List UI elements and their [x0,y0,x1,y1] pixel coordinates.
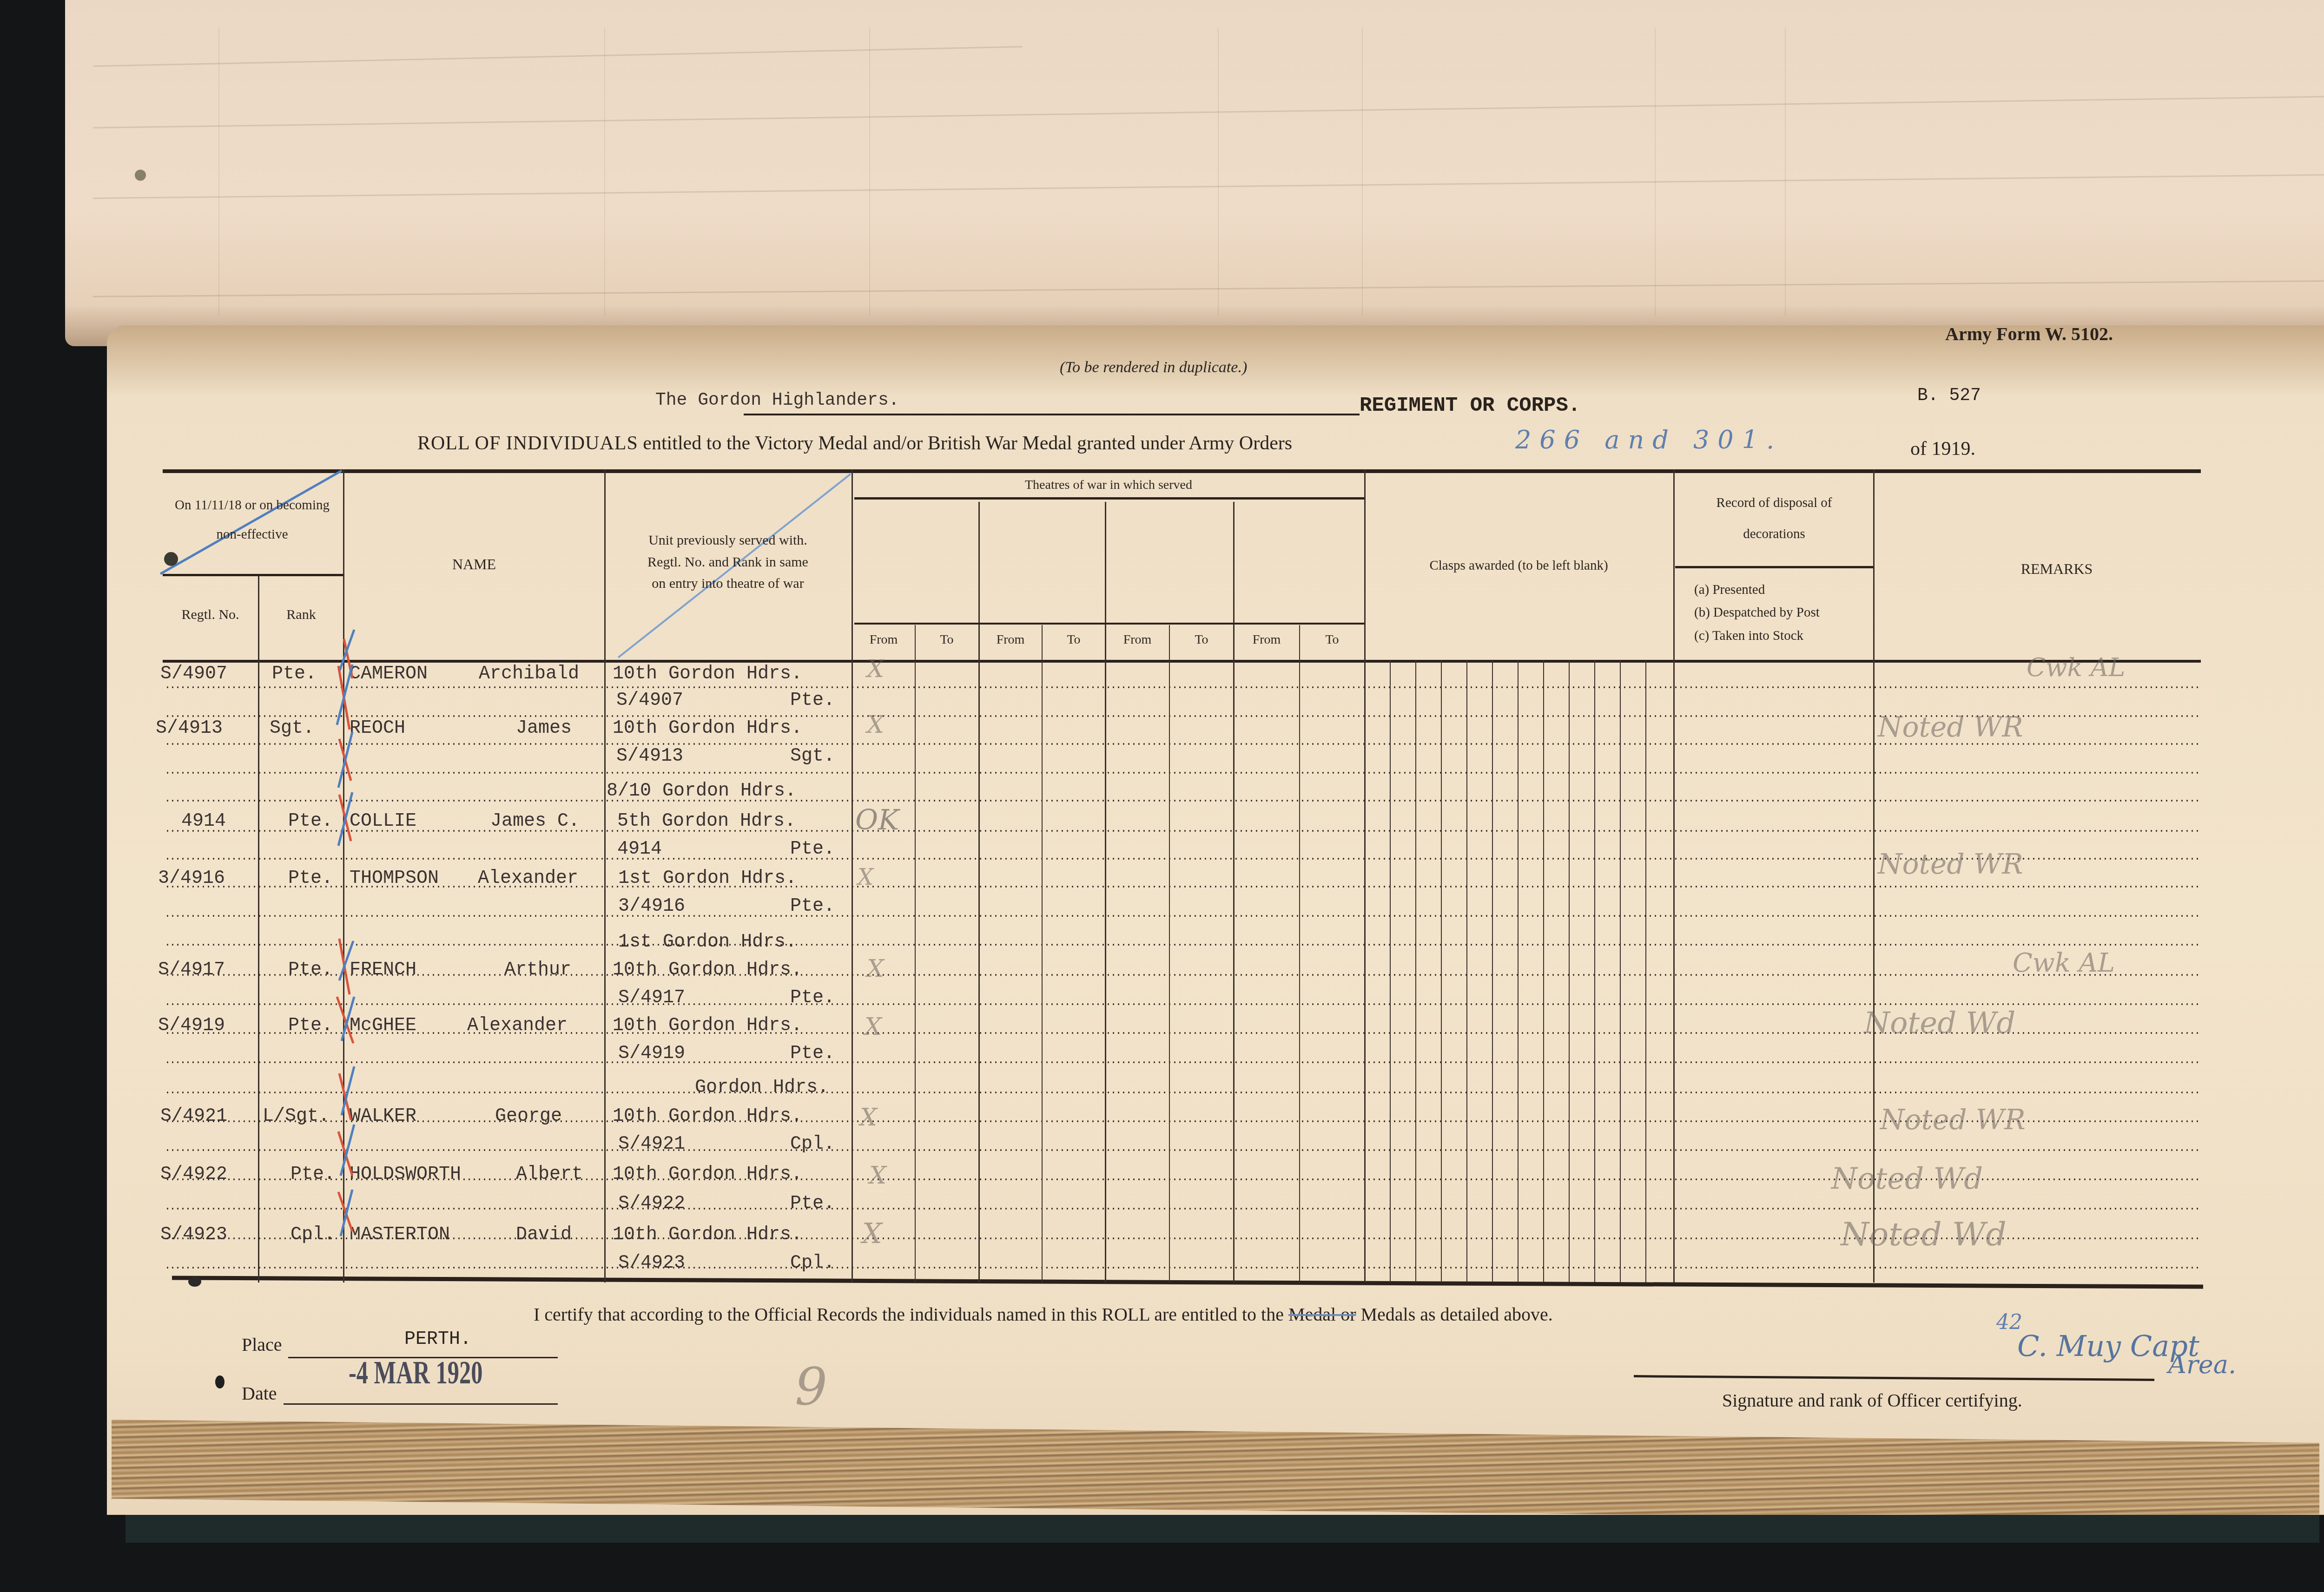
remark: Cwk AL [2013,948,2115,978]
dotted-rule [165,1266,2201,1269]
unit-previous: Gordon Hdrs. [695,1077,829,1098]
remark: Noted Wd [1864,1006,2015,1040]
dotted-rule [165,686,2201,689]
dotted-rule [165,914,2201,917]
remark: Cwk AL [2027,653,2125,682]
binding-hole [188,1276,201,1287]
binding-hole [135,170,146,181]
regtl-no: S/4923 [160,1224,227,1245]
unit-rank: Sgt. [790,746,835,767]
army-orders-handwritten: 266 and 301. [1515,425,1783,454]
binding-hole [164,552,178,566]
regtl-no: S/4919 [158,1015,225,1036]
dotted-rule [165,885,2201,888]
unit: 5th Gordon Hdrs. [617,811,796,832]
unit-no: S/4922 [618,1193,685,1214]
unit-rank: Pte. [790,1193,835,1214]
theatre-mark: X [860,1104,877,1132]
header-theatre-to-2: To [1043,630,1105,650]
unit-rank: Pte. [790,987,835,1008]
forename: Archibald [479,664,579,684]
unit-rank: Pte. [790,896,835,917]
binding-hole [215,1375,224,1388]
remark: Noted WR [1878,711,2023,743]
regiment-label: REGIMENT OR CORPS. [1360,394,1580,417]
forename: James [516,718,572,739]
theatre-mark: X [867,655,884,683]
unit: 10th Gordon Hdrs. [613,1224,802,1245]
header-theatre-from-2: From [979,630,1042,650]
unit-no: S/4923 [618,1253,685,1274]
remark: Noted Wd [1841,1215,2007,1253]
unit-no: S/4921 [618,1134,685,1155]
roll-reference: B. 527 [1917,386,1981,406]
signature-label: Signature and rank of Officer certifying… [1722,1389,2022,1411]
header-theatre-from-4: From [1234,630,1299,650]
header-clasps: Clasps awarded (to be left blank) [1364,555,1673,576]
roll-title: ROLL OF INDIVIDUALS entitled to the Vict… [417,432,1292,454]
dotted-rule [165,771,2201,774]
regiment-name: The Gordon Highlanders. [655,390,899,410]
unit: 1st Gordon Hdrs. [618,868,797,889]
header-status-group: On 11/11/18 or on becoming non-effective [160,495,344,545]
header-theatre-from-1: From [852,630,915,650]
regtl-no: 3/4916 [158,868,225,889]
unit-previous: 8/10 Gordon Hdrs. [607,781,796,802]
rank: Pte. [272,664,317,684]
forename: Albert [516,1164,583,1185]
header-record-options: (a) Presented (b) Despatched by Post (c)… [1694,579,1820,647]
place-label: Place [242,1334,282,1355]
unit-no: 4914 [617,839,662,860]
theatre-mark: X [867,955,884,983]
header-theatre-to-3: To [1170,630,1233,650]
unit-rank: Pte. [790,839,835,860]
theatre-mark: X [867,711,884,739]
dotted-rule [165,1003,2201,1006]
header-theatres: Theatres of war in which served [853,475,1364,495]
unit: 10th Gordon Hdrs. [613,960,802,980]
regtl-no: S/4907 [160,664,227,684]
header-rank: Rank [259,604,343,626]
unit-no: S/4919 [618,1043,685,1064]
regtl-no: S/4922 [160,1164,227,1185]
unit-no: S/4917 [618,987,685,1008]
document-photo: Army Form W. 5102. (To be rendered in du… [0,0,2324,1592]
theatre-mark: X [869,1162,886,1190]
signature-suffix: Area. [2168,1350,2236,1379]
date-label: Date [242,1382,277,1404]
theatre-mark: OK [855,804,899,836]
header-name: NAME [344,553,604,576]
unit: 10th Gordon Hdrs. [613,1106,802,1127]
header-theatre-to-1: To [916,630,978,650]
remark: Noted WR [1878,848,2023,881]
form-number: Army Form W. 5102. [1945,323,2113,345]
forename: Alexander [478,868,578,889]
certification-statement: I certify that according to the Official… [534,1303,1553,1325]
header-theatre-to-4: To [1300,630,1364,650]
header-remarks: REMARKS [1873,558,2240,581]
unit-no: 3/4916 [618,896,685,917]
unit: 10th Gordon Hdrs. [613,1164,802,1185]
header-record: Record of disposal of decorations [1675,493,1873,545]
remark: Noted Wd [1831,1162,1983,1196]
theatre-mark: X [862,1217,882,1250]
regtl-no: S/4921 [160,1106,227,1127]
forename: James C. [490,811,580,832]
forename: David [516,1224,572,1245]
forename: George [495,1106,562,1127]
regtl-no: 4914 [181,811,226,832]
date-stamp: -4 MAR 1920 [349,1355,482,1392]
unit-no: S/4907 [616,690,683,711]
roll-year: of 1919. [1910,438,1975,460]
dotted-rule [165,1061,2201,1064]
forename: Arthur [504,960,571,980]
unit-rank: Pte. [790,1043,835,1064]
place-value: PERTH. [404,1329,471,1350]
dotted-rule [165,1207,2201,1210]
rank: Sgt. [270,718,314,739]
unit-rank: Cpl. [790,1134,835,1155]
forename: Alexander [467,1015,568,1036]
roll-title-bold: ROLL OF INDIVIDUALS [417,433,638,454]
dotted-rule [165,974,2201,976]
theatre-mark: X [865,1013,882,1041]
regtl-no: S/4917 [158,960,225,980]
dotted-rule [165,1149,2201,1151]
duplicate-note: (To be rendered in duplicate.) [1060,359,1247,376]
dotted-rule [165,829,2201,832]
unit: 10th Gordon Hdrs. [613,718,802,739]
header-regtl-no: Regtl. No. [163,604,258,626]
unit: 10th Gordon Hdrs. [613,664,802,684]
unit: 10th Gordon Hdrs. [613,1015,802,1036]
regtl-no: S/4913 [156,718,223,739]
pencil-note: 9 [795,1357,827,1416]
unit-rank: Cpl. [790,1253,835,1274]
unit-rank: Pte. [790,690,835,711]
theatre-mark: X [858,864,873,890]
header-theatre-from-3: From [1106,630,1169,650]
check-marks [325,627,372,1287]
book-cover [125,1515,2319,1543]
dotted-rule [165,943,2201,946]
unit-previous: 1st Gordon Hdrs. [618,932,797,953]
rank: L/Sgt. [263,1106,330,1127]
unit-no: S/4913 [616,746,683,767]
remark: Noted WR [1880,1104,2026,1136]
dotted-rule [165,799,2201,802]
roll-title-rest: entitled to the Victory Medal and/or Bri… [643,433,1292,454]
header-unit: Unit previously served with. Regtl. No. … [604,530,852,595]
previous-page [65,0,2324,346]
dotted-rule [165,1091,2201,1094]
